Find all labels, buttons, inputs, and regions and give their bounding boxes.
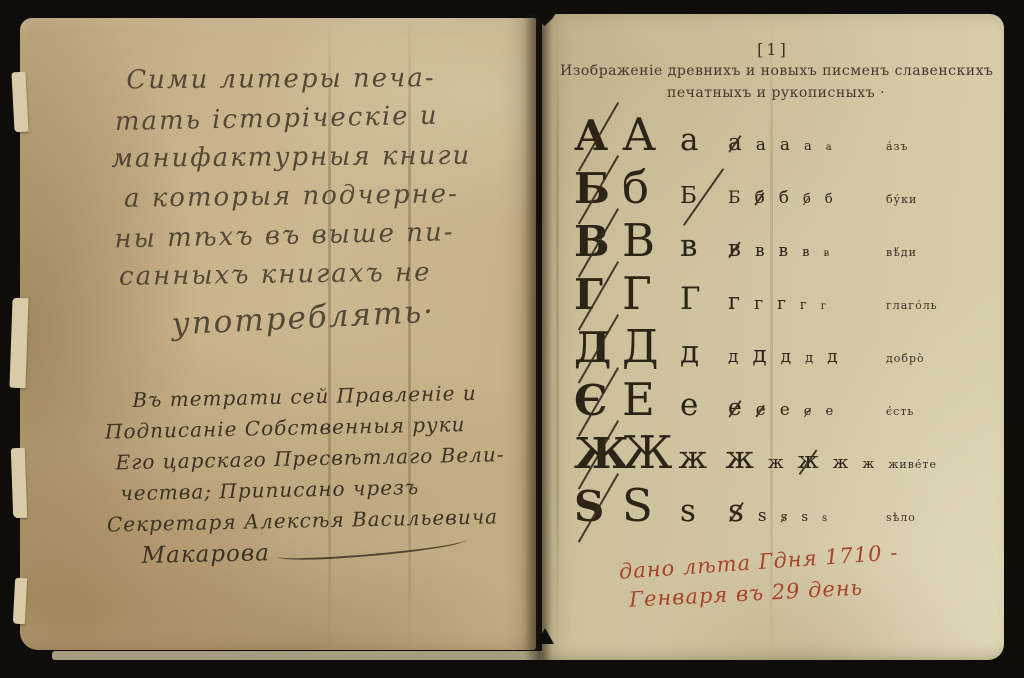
letter-variant: е <box>825 404 833 419</box>
handwriting-line: Сими литеры печа- <box>126 62 534 104</box>
alphabet-row: ЖЖжжжжжжживе́те <box>574 426 976 479</box>
letter-variant: в <box>680 228 728 264</box>
alphabet-row: БбББбббббу́ки <box>574 161 976 214</box>
title-line: Изображеніе древнихъ и новыхъ писменъ сл… <box>560 60 992 82</box>
letter-variant: ж <box>833 453 849 473</box>
torn-edge-tab <box>13 578 27 625</box>
letter-variant: Б <box>728 188 741 208</box>
letter-variant: г <box>821 301 826 312</box>
secretary-note: Въ тетрати сей Правленіе и Подписаніе Со… <box>104 379 544 574</box>
church-slavonic-letter: Ѕ <box>574 482 622 531</box>
letter-variant: ѕ <box>728 493 744 529</box>
letter-variant: в <box>802 245 809 260</box>
letter-variant: е <box>680 387 728 423</box>
letter-variant: в <box>779 241 789 261</box>
church-slavonic-letter: А <box>574 111 622 160</box>
civil-capital-letter: S <box>622 479 680 532</box>
letter-variant: д <box>752 342 766 368</box>
letter-variant: а <box>780 135 790 155</box>
letter-name: добро̀ <box>886 352 976 365</box>
letter-variant: б <box>803 192 811 207</box>
letter-variant: д <box>680 334 728 370</box>
gutter-shadow <box>524 14 552 660</box>
left-page: Сими литеры печа- тать історіческіе и ма… <box>20 18 536 650</box>
letter-variant: s <box>801 510 808 525</box>
fold-crease <box>556 14 559 660</box>
page-title: Изображеніе древнихъ и новыхъ писменъ сл… <box>560 60 992 104</box>
civil-capital-letter: Ж <box>622 426 679 479</box>
torn-edge-tab <box>9 298 28 389</box>
letter-variant: а <box>826 142 832 153</box>
alphabet-row: ЅSsѕssssѕѣло <box>574 479 976 532</box>
letter-variant: ж <box>862 457 874 472</box>
alphabet-row: ЄЕееееееє́сть <box>574 373 976 426</box>
alphabet-row: ВВвввввввѣ́ди <box>574 214 976 267</box>
alphabet-row: ГГГгггггглаго́ль <box>574 267 976 320</box>
letter-variant: а <box>680 122 728 158</box>
letter-variant: а <box>756 135 766 155</box>
letter-variant: s <box>680 493 728 529</box>
letter-variant: ж <box>768 453 784 473</box>
letter-variant: а <box>804 139 812 154</box>
church-slavonic-letter: Є <box>574 376 622 425</box>
letter-variant: ж <box>797 448 818 474</box>
letter-variant: s <box>822 513 827 524</box>
letter-name: живе́те <box>888 458 976 471</box>
letter-variant: г <box>777 294 786 314</box>
letter-name: бу́ки <box>886 193 976 206</box>
letter-variant: ж <box>725 440 754 476</box>
letter-variant: б <box>755 188 765 208</box>
civil-capital-letter: б <box>622 161 680 214</box>
alphabet-row: ДДдддддддобро̀ <box>574 320 976 373</box>
civil-capital-letter: Г <box>622 267 680 320</box>
church-slavonic-letter: Ж <box>574 429 622 478</box>
letter-variant: Б <box>680 183 728 209</box>
title-line: печатныхъ и рукописныхъ · <box>560 82 992 104</box>
letter-variant: в <box>823 248 829 259</box>
letter-variant: в <box>728 236 741 262</box>
civil-capital-letter: А <box>622 108 680 161</box>
handwriting-line: манифактурныя книги <box>111 140 535 183</box>
date-inscription-red: дано лѣта Гдня 1710 - Генваря въ 29 день <box>618 540 901 621</box>
letter-name: ѕѣло <box>886 511 976 524</box>
letter-variant: г <box>800 298 807 313</box>
open-book: Сими литеры печа- тать історіческіе и ма… <box>12 8 1012 666</box>
letter-variant: б <box>825 192 833 207</box>
letter-variant: s <box>758 506 767 526</box>
church-slavonic-letter: Г <box>574 270 622 319</box>
letter-variant: ж <box>679 440 726 476</box>
letter-variant: д <box>805 351 813 366</box>
letter-variant: s <box>781 510 788 525</box>
letter-variant: в <box>755 241 765 261</box>
letter-name: вѣ́ди <box>886 246 976 259</box>
letter-variant: е <box>756 400 766 420</box>
folio-number: [1] <box>542 40 1004 59</box>
letter-variant: б <box>779 188 789 208</box>
letter-variant: е <box>780 400 790 420</box>
church-slavonic-letter: Д <box>574 323 622 372</box>
right-page: [1] Изображеніе древнихъ и новыхъ писмен… <box>542 14 1004 660</box>
letter-variant: д <box>728 347 738 367</box>
letter-variant: д <box>781 347 791 367</box>
letter-name: а́зъ <box>886 140 976 153</box>
church-slavonic-letter: В <box>574 217 622 266</box>
letter-variant: е <box>804 404 812 419</box>
letter-variant: г <box>754 294 763 314</box>
letter-variant: а <box>728 130 742 156</box>
civil-capital-letter: Д <box>622 320 680 373</box>
letter-name: є́сть <box>886 405 976 418</box>
church-slavonic-letter: Б <box>574 164 622 213</box>
letter-variant: е <box>728 395 742 421</box>
alphabet-row: ААааааааа́зъ <box>574 108 976 161</box>
peter-autograph-note: Сими литеры печа- тать історіческіе и ма… <box>110 61 538 340</box>
letter-variant: Г <box>680 281 728 317</box>
letter-name: глаго́ль <box>886 299 976 312</box>
letter-variant: д <box>827 347 837 367</box>
signature-text: Макарова <box>141 540 270 569</box>
torn-edge-tab <box>11 72 28 133</box>
alphabet-table: ААааааааа́зъБбББбббббу́киВВвввввввѣ́диГГ… <box>574 108 976 532</box>
civil-capital-letter: Е <box>622 373 680 426</box>
photo-background: { "colors": { "background": "#0e0d0b", "… <box>0 0 1024 678</box>
torn-edge-tab <box>11 448 27 518</box>
civil-capital-letter: В <box>622 214 680 267</box>
letter-variant: г <box>728 289 740 315</box>
handwriting-line: тать історіческіе и <box>115 99 536 146</box>
